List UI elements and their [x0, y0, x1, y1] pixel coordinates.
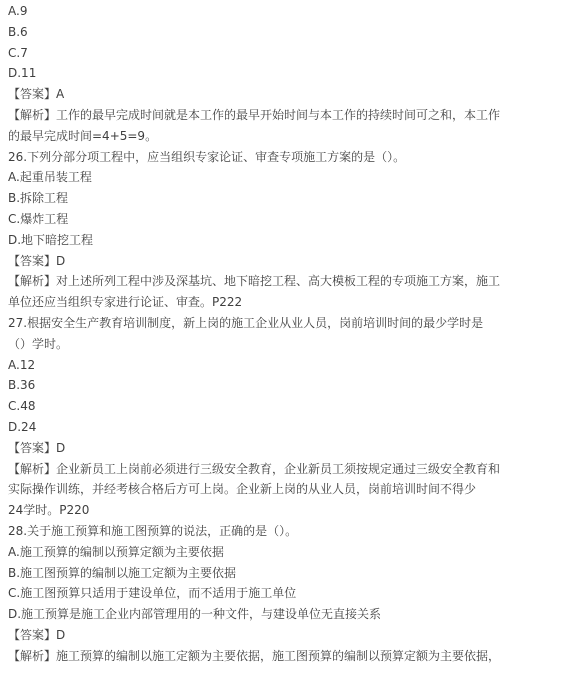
q26-option-b: B.拆除工程	[8, 188, 554, 209]
prev-option-d: D.11	[8, 63, 554, 84]
prev-option-b: B.6	[8, 22, 554, 43]
question-block-28: 28.关于施工预算和施工图预算的说法，正确的是（）。 A.施工预算的编制以预算定…	[8, 521, 554, 667]
q27-option-d: D.24	[8, 417, 554, 438]
question-block-26: 26.下列分部分项工程中，应当组织专家论证、审查专项施工方案的是（）。 A.起重…	[8, 147, 554, 313]
q26-answer: 【答案】D	[8, 251, 554, 272]
q27-analysis-line-1: 【解析】企业新员工上岗前必须进行三级安全教育，企业新员工须按规定通过三级安全教育…	[8, 459, 554, 480]
prev-analysis-line-1: 【解析】工作的最早完成时间就是本工作的最早开始时间与本工作的持续时间可之和，本工…	[8, 105, 554, 126]
q26-option-d: D.地下暗挖工程	[8, 230, 554, 251]
q26-option-c: C.爆炸工程	[8, 209, 554, 230]
q27-answer: 【答案】D	[8, 438, 554, 459]
q27-option-a: A.12	[8, 355, 554, 376]
prev-analysis-line-2: 的最早完成时间=4+5=9。	[8, 126, 554, 147]
q28-option-a: A.施工预算的编制以预算定额为主要依据	[8, 542, 554, 563]
q28-question: 28.关于施工预算和施工图预算的说法，正确的是（）。	[8, 521, 554, 542]
q27-question-line-2: （）学时。	[8, 334, 554, 355]
q27-question-line-1: 27.根据安全生产教育培训制度，新上岗的施工企业从业人员，岗前培训时间的最少学时…	[8, 313, 554, 334]
q28-option-b: B.施工图预算的编制以施工定额为主要依据	[8, 563, 554, 584]
q28-option-d: D.施工预算是施工企业内部管理用的一种文件，与建设单位无直接关系	[8, 604, 554, 625]
q27-analysis-line-3: 24学时。P220	[8, 500, 554, 521]
q26-option-a: A.起重吊装工程	[8, 167, 554, 188]
q28-option-c: C.施工图预算只适用于建设单位，而不适用于施工单位	[8, 583, 554, 604]
q27-analysis-line-2: 实际操作训练，并经考核合格后方可上岗。企业新上岗的从业人员，岗前培训时间不得少	[8, 479, 554, 500]
q26-question: 26.下列分部分项工程中，应当组织专家论证、审查专项施工方案的是（）。	[8, 147, 554, 168]
prev-option-a: A.9	[8, 1, 554, 22]
q28-answer: 【答案】D	[8, 625, 554, 646]
prev-option-c: C.7	[8, 43, 554, 64]
q27-option-b: B.36	[8, 375, 554, 396]
question-block-27: 27.根据安全生产教育培训制度，新上岗的施工企业从业人员，岗前培训时间的最少学时…	[8, 313, 554, 521]
q26-analysis-line-1: 【解析】对上述所列工程中涉及深基坑、地下暗挖工程、高大模板工程的专项施工方案，施…	[8, 271, 554, 292]
q28-analysis-line-1: 【解析】施工预算的编制以施工定额为主要依据，施工图预算的编制以预算定额为主要依据…	[8, 646, 554, 667]
exam-document: A.9 B.6 C.7 D.11 【答案】A 【解析】工作的最早完成时间就是本工…	[0, 0, 562, 677]
q27-option-c: C.48	[8, 396, 554, 417]
prev-answer: 【答案】A	[8, 84, 554, 105]
question-block-prev: A.9 B.6 C.7 D.11 【答案】A 【解析】工作的最早完成时间就是本工…	[8, 1, 554, 147]
q26-analysis-line-2: 单位还应当组织专家进行论证、审查。P222	[8, 292, 554, 313]
